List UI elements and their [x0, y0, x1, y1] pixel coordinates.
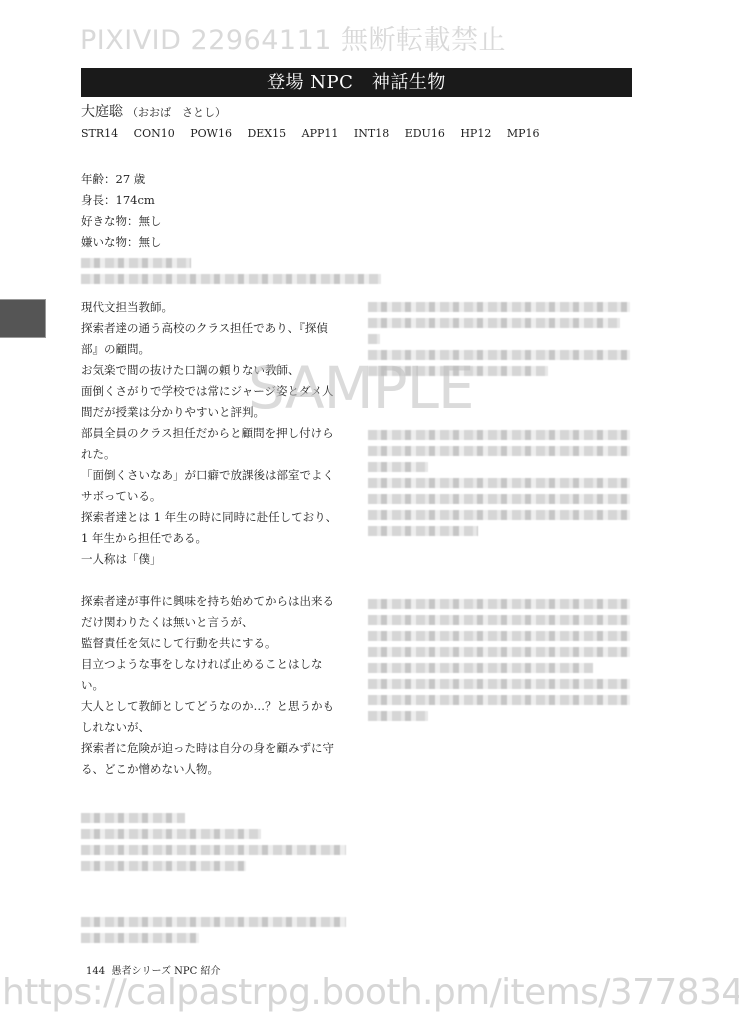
section-header: 登場 NPC 神話生物	[81, 68, 632, 97]
character-reading: （おおば さとし）	[127, 106, 226, 119]
redacted-block-right-1	[368, 297, 632, 382]
stat-hp: HP12	[460, 127, 491, 140]
stat-app: APP11	[302, 127, 339, 140]
watermark-booth-url: https://calpastrpg.booth.pm/items/377834…	[2, 972, 739, 1013]
stat-edu: EDU16	[405, 127, 445, 140]
stat-mp: MP16	[507, 127, 540, 140]
description-paragraph-2: 探索者達が事件に興味を持ち始めてからは出来る だけ関わりたくは無いと言うが、 監…	[81, 591, 356, 780]
redacted-line	[81, 274, 381, 284]
profile-age: 年齢：27 歳	[81, 169, 381, 190]
character-description: 現代文担当教師。 探索者達の通う高校のクラス担任であり、『探偵 部』の顧問。 お…	[81, 297, 356, 801]
stat-pow: POW16	[190, 127, 232, 140]
redacted-line	[81, 258, 191, 268]
page-side-tab	[0, 299, 46, 338]
redacted-block-left-1	[81, 808, 356, 877]
watermark-pixiv-id: PIXIVID 22964111 無断転載禁止	[80, 18, 680, 57]
stat-str: STR14	[81, 127, 118, 140]
character-name: 大庭聡	[81, 104, 123, 120]
profile-dislikes: 嫌いな物：無し	[81, 232, 381, 253]
redacted-block-right-3	[368, 594, 632, 727]
character-name-line: 大庭聡（おおば さとし）	[81, 101, 226, 121]
redacted-block-left-2	[81, 912, 356, 949]
character-profile: 年齢：27 歳 身長：174cm 好きな物：無し 嫌いな物：無し	[81, 169, 381, 290]
description-paragraph-1: 現代文担当教師。 探索者達の通う高校のクラス担任であり、『探偵 部』の顧問。 お…	[81, 297, 356, 570]
redacted-block-right-2	[368, 425, 632, 542]
stat-int: INT18	[354, 127, 389, 140]
profile-likes: 好きな物：無し	[81, 211, 381, 232]
stat-dex: DEX15	[247, 127, 286, 140]
profile-height: 身長：174cm	[81, 190, 381, 211]
stat-con: CON10	[134, 127, 175, 140]
character-stats: STR14 CON10 POW16 DEX15 APP11 INT18 EDU1…	[81, 127, 552, 140]
